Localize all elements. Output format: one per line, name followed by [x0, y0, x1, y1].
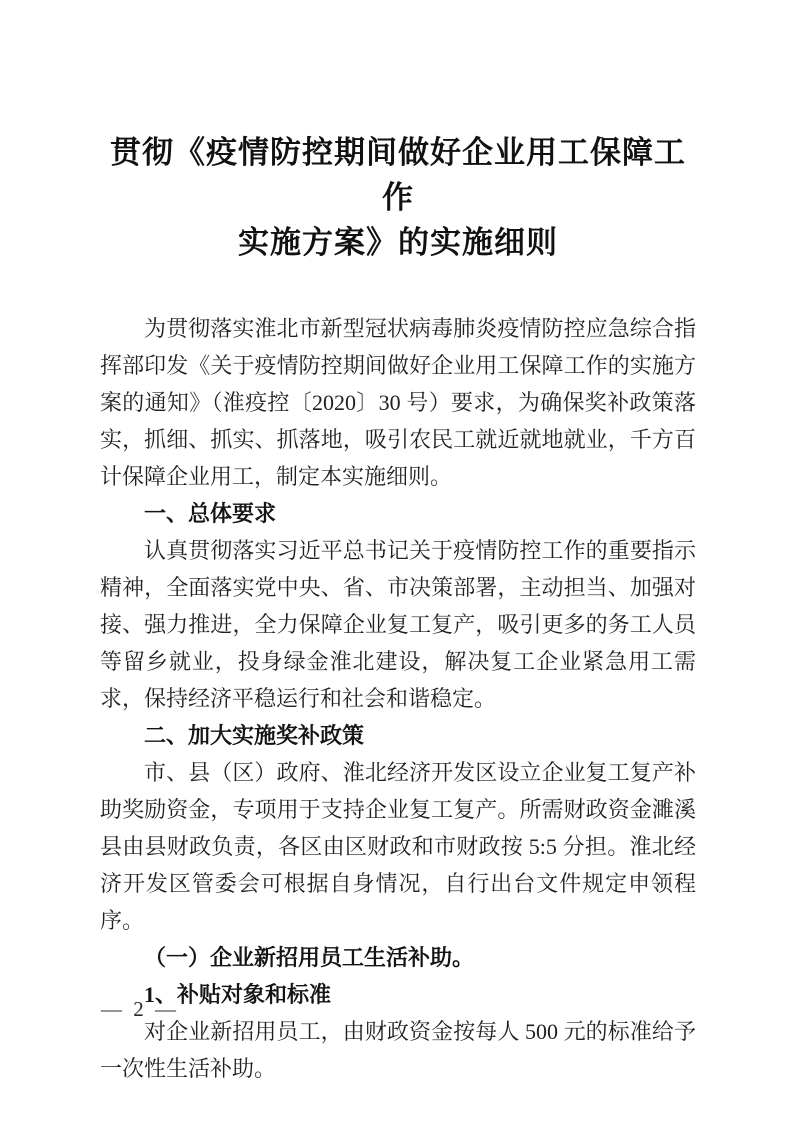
document-content: 贯彻《疫情防控期间做好企业用工保障工作 实施方案》的实施细则 为贯彻落实淮北市新…	[100, 0, 696, 1087]
paragraph-general-requirements: 认真贯彻落实习近平总书记关于疫情防控工作的重要指示精神，全面落实党中央、省、市决…	[100, 532, 696, 717]
document-title-line-2: 实施方案》的实施细则	[100, 220, 696, 265]
page-number: — 2 —	[101, 997, 179, 1022]
subsection-heading-living-subsidy: （一）企业新招用员工生活补助。	[100, 939, 696, 976]
document-title-line-1: 贯彻《疫情防控期间做好企业用工保障工作	[100, 130, 696, 220]
subsection-heading-subsidy-target: 1、补贴对象和标准	[100, 976, 696, 1013]
paragraph-subsidy-standard: 对企业新招用员工，由财政资金按每人 500 元的标准给予一次性生活补助。	[100, 1013, 696, 1087]
document-page: 贯彻《疫情防控期间做好企业用工保障工作 实施方案》的实施细则 为贯彻落实淮北市新…	[0, 0, 792, 1122]
paragraph-subsidy-policy: 市、县（区）政府、淮北经济开发区设立企业复工复产补助奖励资金，专项用于支持企业复…	[100, 754, 696, 939]
paragraph-intro: 为贯彻落实淮北市新型冠状病毒肺炎疫情防控应急综合指挥部印发《关于疫情防控期间做好…	[100, 310, 696, 495]
document-body: 为贯彻落实淮北市新型冠状病毒肺炎疫情防控应急综合指挥部印发《关于疫情防控期间做好…	[100, 310, 696, 1087]
section-heading-subsidy-policy: 二、加大实施奖补政策	[100, 717, 696, 754]
section-heading-general-requirements: 一、总体要求	[100, 495, 696, 532]
document-title: 贯彻《疫情防控期间做好企业用工保障工作 实施方案》的实施细则	[100, 130, 696, 265]
